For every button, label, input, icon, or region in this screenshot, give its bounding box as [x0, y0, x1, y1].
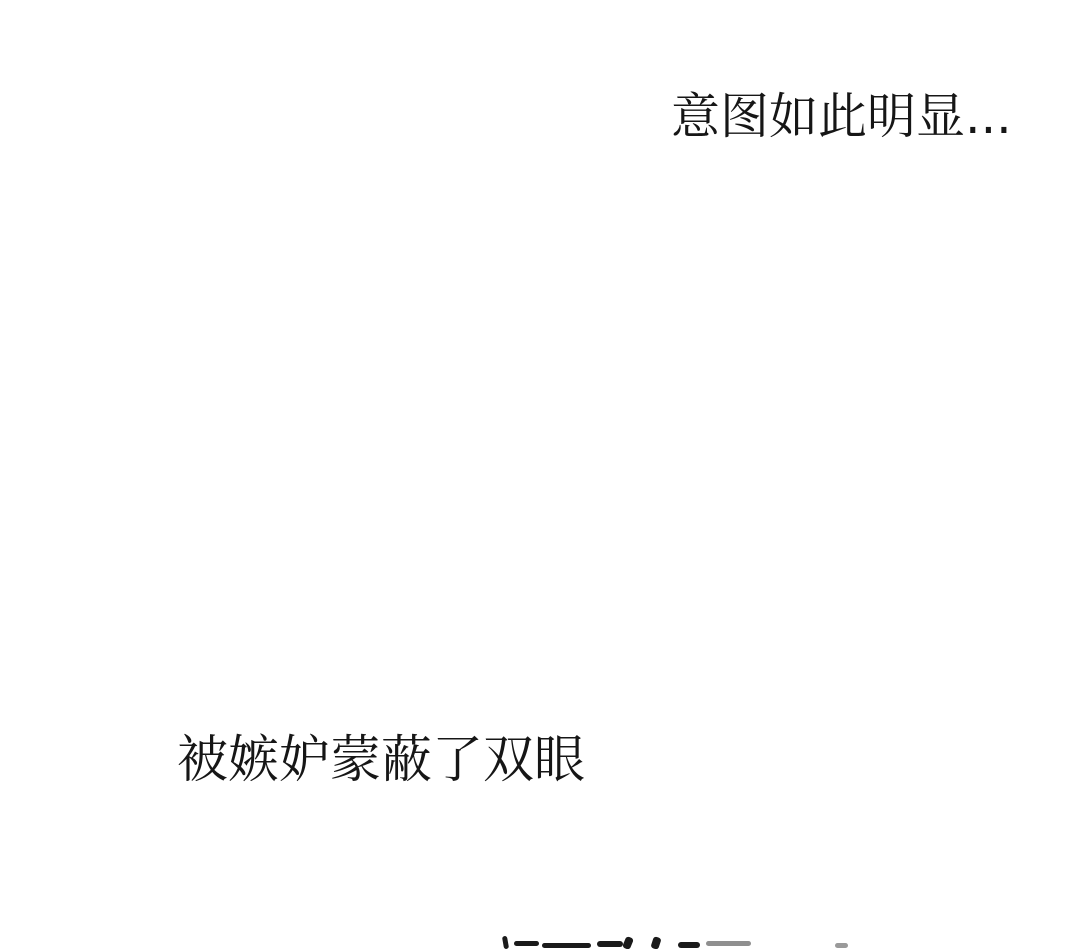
glyph-top-fragment: [706, 941, 751, 946]
glyph-top-fragment: [542, 943, 591, 948]
narration-caption-top-right: 意图如此明显...: [671, 90, 1012, 144]
webtoon-page: 意图如此明显... 被嫉妒蒙蔽了双眼: [0, 0, 1080, 949]
glyph-top-fragment: [650, 936, 661, 949]
narration-caption-middle-left: 被嫉妒蒙蔽了双眼: [177, 733, 585, 789]
glyph-top-fragment: [835, 943, 848, 948]
glyph-top-fragment: [622, 936, 634, 949]
glyph-top-fragment: [514, 941, 539, 946]
glyph-top-fragment: [678, 942, 700, 948]
glyph-top-fragment: [597, 941, 623, 947]
glyph-top-fragment: [502, 936, 509, 949]
